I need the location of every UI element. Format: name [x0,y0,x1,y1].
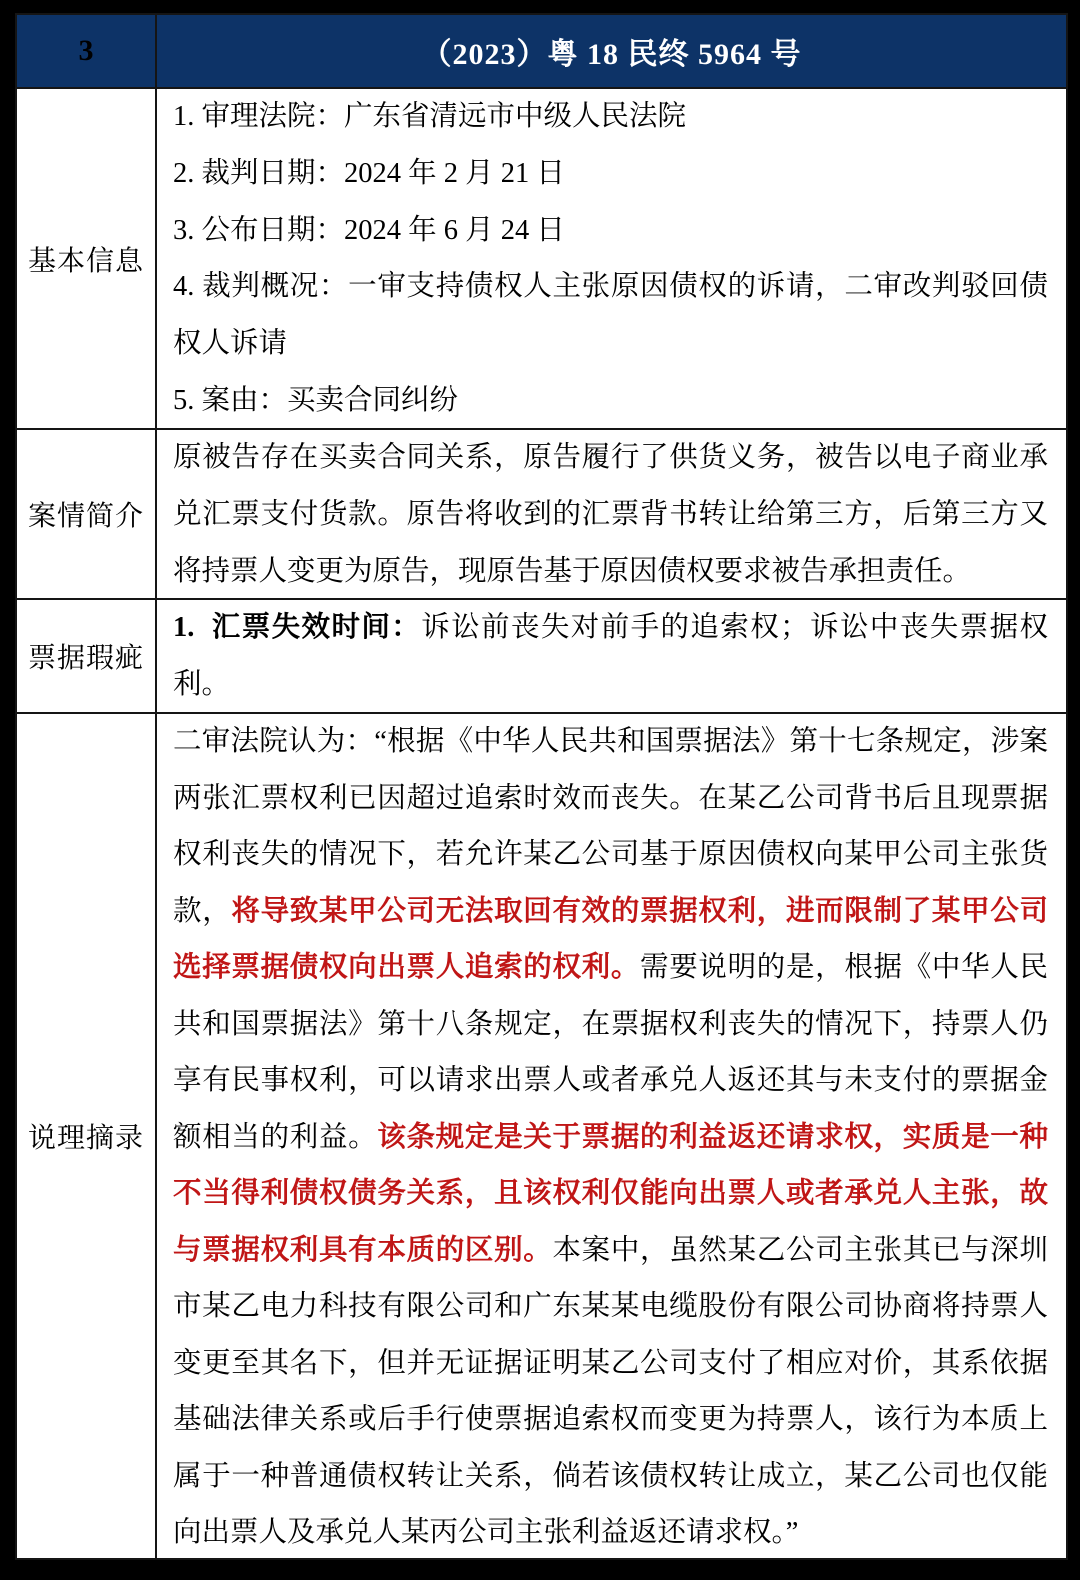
reasoning-content: 二审法院认为：“根据《中华人民共和国票据法》第十七条规定，涉案两张汇票权利已因超… [157,714,1066,1558]
case-summary-text: 原被告存在买卖合同关系，原告履行了供货义务，被告以电子商业承兑汇票支付货款。原告… [173,430,1048,598]
case-index: 3 [17,15,157,87]
case-number: （2023）粤 18 民终 5964 号 [157,15,1066,87]
basic-info-item-judgment-overview: 4. 裁判概况：一审支持债权人主张原因债权的诉请，二审改判驳回债权人诉请 [173,259,1048,373]
basic-info-item-court: 1. 审理法院：广东省清远市中级人民法院 [173,89,1048,146]
row-case-summary: 案情简介 原被告存在买卖合同关系，原告履行了供货义务，被告以电子商业承兑汇票支付… [17,430,1066,600]
basic-info-item-judgment-date: 2. 裁判日期：2024 年 2 月 21 日 [173,146,1048,203]
bill-defect-label-1: 汇票失效时间： [210,612,421,643]
case-summary-table: 3 （2023）粤 18 民终 5964 号 基本信息 1. 审理法院：广东省清… [15,13,1068,1560]
basic-info-item-publish-date: 3. 公布日期：2024 年 6 月 24 日 [173,203,1048,260]
row-basic-info: 基本信息 1. 审理法院：广东省清远市中级人民法院 2. 裁判日期：2024 年… [17,89,1066,430]
row-bill-defects: 票据瑕疵 1.汇票失效时间：诉讼前丧失对前手的追索权；诉讼中丧失票据权利。 2.… [17,600,1066,714]
row-label-basic-info: 基本信息 [17,89,157,428]
basic-info-item-cause: 5. 案由：买卖合同纠纷 [173,373,1048,428]
reasoning-segment-normal-3: 本案中，虽然某乙公司主张其已与深圳市某乙电力科技有限公司和广东某某电缆股份有限公… [173,1235,1048,1549]
row-label-reasoning-excerpt: 说理摘录 [17,714,157,1558]
row-reasoning-excerpt: 说理摘录 二审法院认为：“根据《中华人民共和国票据法》第十七条规定，涉案两张汇票… [17,714,1066,1558]
row-label-bill-defects: 票据瑕疵 [17,600,157,712]
bill-defects-content: 1.汇票失效时间：诉讼前丧失对前手的追索权；诉讼中丧失票据权利。 2.汇票失效情… [157,600,1066,712]
reasoning-paragraph: 二审法院认为：“根据《中华人民共和国票据法》第十七条规定，涉案两张汇票权利已因超… [173,714,1048,1558]
bill-defect-item-time: 1.汇票失效时间：诉讼前丧失对前手的追索权；诉讼中丧失票据权利。 [173,600,1048,712]
basic-info-content: 1. 审理法院：广东省清远市中级人民法院 2. 裁判日期：2024 年 2 月 … [157,89,1066,428]
case-summary-content: 原被告存在买卖合同关系，原告履行了供货义务，被告以电子商业承兑汇票支付货款。原告… [157,430,1066,598]
row-label-case-summary: 案情简介 [17,430,157,598]
table-header-row: 3 （2023）粤 18 民终 5964 号 [17,15,1066,89]
bill-defect-num-1: 1. [173,612,194,643]
